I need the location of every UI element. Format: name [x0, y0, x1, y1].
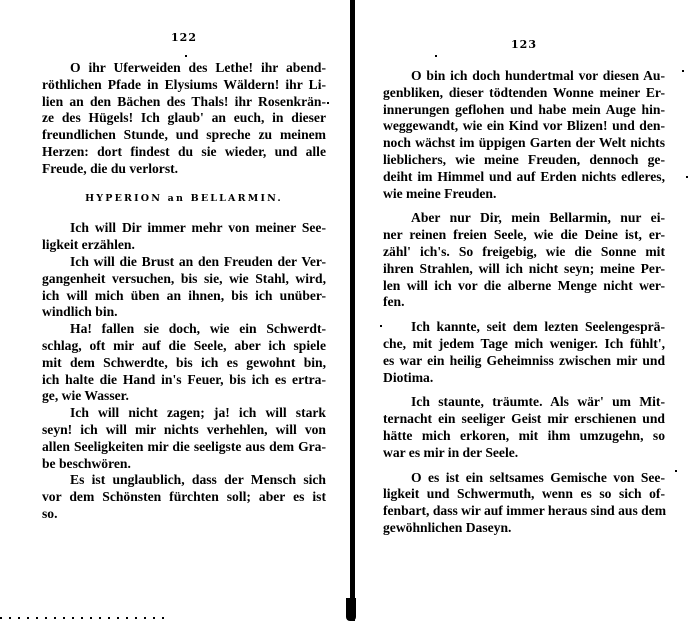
- page-number: 122: [42, 31, 326, 44]
- text-line: windlich bin.: [42, 304, 326, 321]
- right-page-body: O bin ich doch hundertmal vor diesen Au-…: [383, 68, 665, 545]
- scan-speck: [435, 55, 437, 57]
- text-line: lieblichers, wie meine Freuden, dennoch …: [383, 152, 665, 169]
- text-line: ligkeit erzählen.: [42, 237, 326, 254]
- letter-heading: HYPERION an BELLARMIN.: [42, 191, 326, 208]
- text-line: so.: [42, 506, 326, 523]
- text-line: lien an den Bächen des Thals! ihr Rosenk…: [42, 94, 326, 111]
- text-line: freundlichen Stunde, und spreche zu mein…: [42, 127, 326, 144]
- text-line: zähl' ich's. So freigebig, wie die Sonne…: [383, 244, 665, 261]
- text-line: be beschwören.: [42, 456, 326, 473]
- text-line: gangenheit versuchen, bis sie, wie Stahl…: [42, 271, 326, 288]
- text-line: genbliken, dieser tödtenden Wonne meiner…: [383, 85, 665, 102]
- paragraph: Ich will nicht zagen; ja! ich will stark…: [42, 405, 326, 472]
- text-line: Ich kannte, seit dem lezten Seelengesprä…: [383, 319, 665, 336]
- left-page: 122 O ihr Uferweiden des Lethe! ihr aben…: [42, 0, 326, 621]
- text-line: mit dem Schwerdte, bis ich es gewohnt bi…: [42, 355, 326, 372]
- text-line: innerungen geflohen und habe mein Auge h…: [383, 102, 665, 119]
- text-line: Es ist unglaublich, dass der Mensch sich: [42, 472, 326, 489]
- text-line: Ha! fallen sie doch, wie ein Schwerdt-: [42, 321, 326, 338]
- paragraph: Ha! fallen sie doch, wie ein Schwerdt- s…: [42, 321, 326, 405]
- text-line: Ich will die Brust an den Freuden der Ve…: [42, 254, 326, 271]
- text-line: O bin ich doch hundertmal vor diesen Au-: [383, 68, 665, 85]
- paragraph: Es ist unglaublich, dass der Mensch sich…: [42, 472, 326, 522]
- text-line: es war ein heilig Geheimniss zwischen mi…: [383, 353, 665, 370]
- text-line: hätte mich erkoren, mit ihm umzugehn, so: [383, 428, 665, 445]
- text-line: ihren Strahlen, will ich nicht seyn; mei…: [383, 261, 665, 278]
- text-line: ich will mich üben an ihnen, bis ich unü…: [42, 288, 326, 305]
- text-line: Ich staunte, träumte. Als wär' um Mit-: [383, 394, 665, 411]
- paragraph: O es ist ein seltsames Gemische von See-…: [383, 470, 665, 537]
- text-line: noch wächst im üppigen Garten der Welt n…: [383, 135, 665, 152]
- text-line: O es ist ein seltsames Gemische von See-: [383, 470, 665, 487]
- text-line: fenbart, dass wir auf immer heraus sind …: [383, 503, 665, 520]
- text-line: Herzen: dort findest du sie wieder, und …: [42, 144, 326, 161]
- paragraph: Aber nur Dir, mein Bellarmin, nur ei- ne…: [383, 210, 665, 311]
- scan-speck: [380, 325, 382, 327]
- text-line: ge, wie Wasser.: [42, 388, 326, 405]
- text-line: vor dem Schönsten fürchten soll; aber es…: [42, 489, 326, 506]
- text-line: schlag, oft mir auf die Seele, aber ich …: [42, 338, 326, 355]
- paragraph: O bin ich doch hundertmal vor diesen Au-…: [383, 68, 665, 202]
- text-line: Ich will nicht zagen; ja! ich will stark: [42, 405, 326, 422]
- scan-noise: [0, 617, 170, 619]
- book-gutter-divider: [350, 0, 355, 621]
- text-line: O ihr Uferweiden des Lethe! ihr abend-: [42, 60, 326, 77]
- text-line: weggewandt, wie ein Kind vor Blizen! und…: [383, 118, 665, 135]
- text-line: gewöhnlichen Daseyn.: [383, 520, 665, 537]
- text-line: deiht im Himmel und auf Erden nichts edl…: [383, 169, 665, 186]
- text-line: fen.: [383, 294, 665, 311]
- text-line: ner reinen freien Seele, wie die Deine i…: [383, 227, 665, 244]
- text-line: war es mir in der Seele.: [383, 445, 665, 462]
- text-line: Ich will Dir immer mehr von meiner See-: [42, 220, 326, 237]
- paragraph: Ich staunte, träumte. Als wär' um Mit- t…: [383, 394, 665, 461]
- book-spread: 122 O ihr Uferweiden des Lethe! ihr aben…: [0, 0, 698, 621]
- text-line: ze des Hügels! Ich glaub' an euch, in di…: [42, 110, 326, 127]
- paragraph: Ich will die Brust an den Freuden der Ve…: [42, 254, 326, 321]
- paragraph: Ich kannte, seit dem lezten Seelengesprä…: [383, 319, 665, 386]
- text-line: Diotima.: [383, 370, 665, 387]
- book-gutter-foot: [346, 598, 356, 621]
- scan-speck: [327, 102, 329, 104]
- scan-speck: [185, 55, 187, 57]
- scan-speck: [682, 70, 684, 72]
- left-page-body: O ihr Uferweiden des Lethe! ihr abend- r…: [42, 60, 326, 523]
- scan-speck: [686, 176, 688, 178]
- text-line: ternacht ein seeliger Geist mir erschien…: [383, 411, 665, 428]
- text-line: Aber nur Dir, mein Bellarmin, nur ei-: [383, 210, 665, 227]
- text-line: Freude, die du verlorst.: [42, 161, 326, 178]
- text-line: che, mit jedem Tage mich weniger. Ich fü…: [383, 336, 665, 353]
- paragraph: Ich will Dir immer mehr von meiner See- …: [42, 220, 326, 254]
- paragraph: O ihr Uferweiden des Lethe! ihr abend- r…: [42, 60, 326, 178]
- text-line: ich halte die Hand in's Feuer, bis ich e…: [42, 372, 326, 389]
- text-line: röthlichen Pfade in Elysiums Wäldern! ih…: [42, 77, 326, 94]
- right-page: 123 O bin ich doch hundertmal vor diesen…: [383, 0, 665, 621]
- text-line: len will ich vor die alberne Menge nicht…: [383, 278, 665, 295]
- text-line: allen Seeligkeiten mir die seeligste aus…: [42, 439, 326, 456]
- scan-speck: [675, 470, 677, 472]
- text-line: wie meine Freuden.: [383, 186, 665, 203]
- text-line: seyn! ich will mir nichts verhehlen, wil…: [42, 422, 326, 439]
- text-line: ligkeit und Schwermuth, wenn es so sich …: [383, 486, 665, 503]
- page-number: 123: [383, 38, 665, 51]
